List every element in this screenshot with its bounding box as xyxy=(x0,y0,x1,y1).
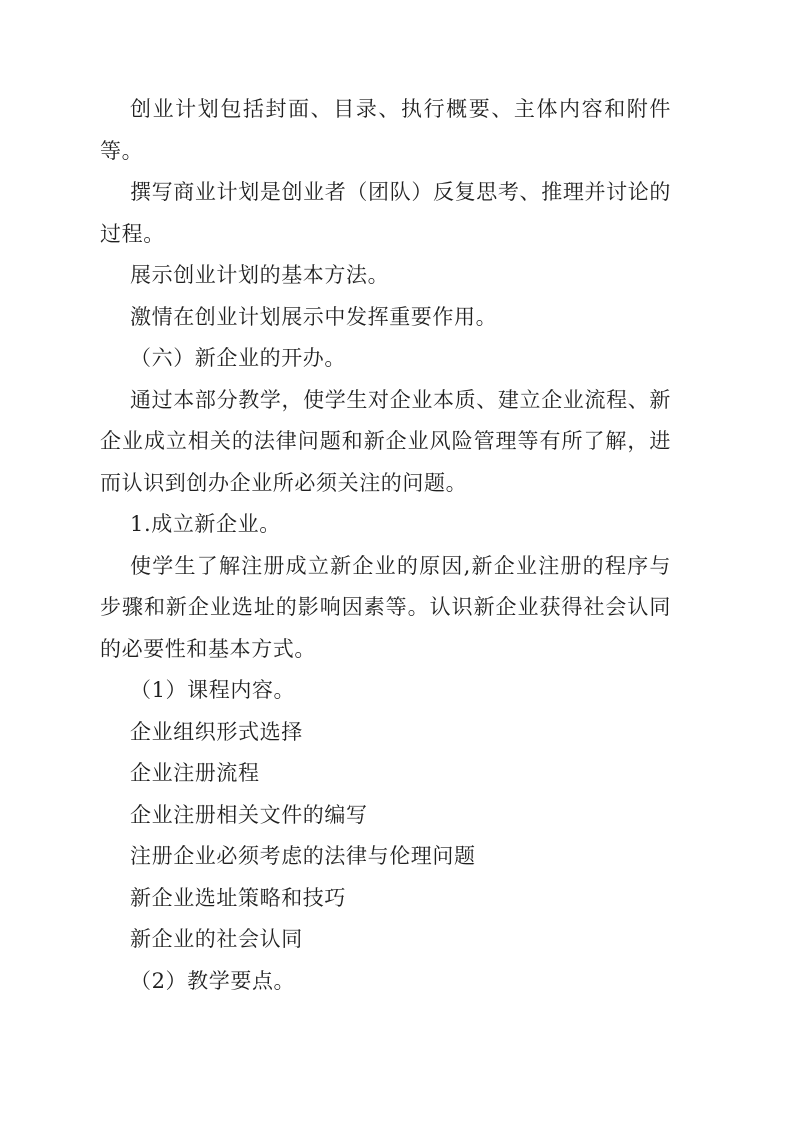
paragraph: （1）课程内容。 xyxy=(100,670,671,712)
document-page: 创业计划包括封面、目录、执行概要、主体内容和附件等。 撰写商业计划是创业者（团队… xyxy=(0,0,793,1122)
paragraph: 企业注册流程 xyxy=(100,753,671,795)
paragraph: 企业注册相关文件的编写 xyxy=(100,795,671,837)
paragraph: 使学生了解注册成立新企业的原因,新企业注册的程序与步骤和新企业选址的影响因素等。… xyxy=(100,546,671,671)
paragraph: 企业组织形式选择 xyxy=(100,712,671,754)
paragraph: 通过本部分教学，使学生对企业本质、建立企业流程、新企业成立相关的法律问题和新企业… xyxy=(100,380,671,505)
paragraph: （六）新企业的开办。 xyxy=(100,338,671,380)
paragraph: 撰写商业计划是创业者（团队）反复思考、推理并讨论的过程。 xyxy=(100,172,671,255)
paragraph: 创业计划包括封面、目录、执行概要、主体内容和附件等。 xyxy=(100,89,671,172)
paragraph: 新企业选址策略和技巧 xyxy=(100,878,671,920)
paragraph: 注册企业必须考虑的法律与伦理问题 xyxy=(100,836,671,878)
paragraph: （2）教学要点。 xyxy=(100,961,671,1003)
paragraph: 新企业的社会认同 xyxy=(100,919,671,961)
paragraph: 激情在创业计划展示中发挥重要作用。 xyxy=(100,297,671,339)
paragraph: 1.成立新企业。 xyxy=(100,504,671,546)
paragraph: 展示创业计划的基本方法。 xyxy=(100,255,671,297)
